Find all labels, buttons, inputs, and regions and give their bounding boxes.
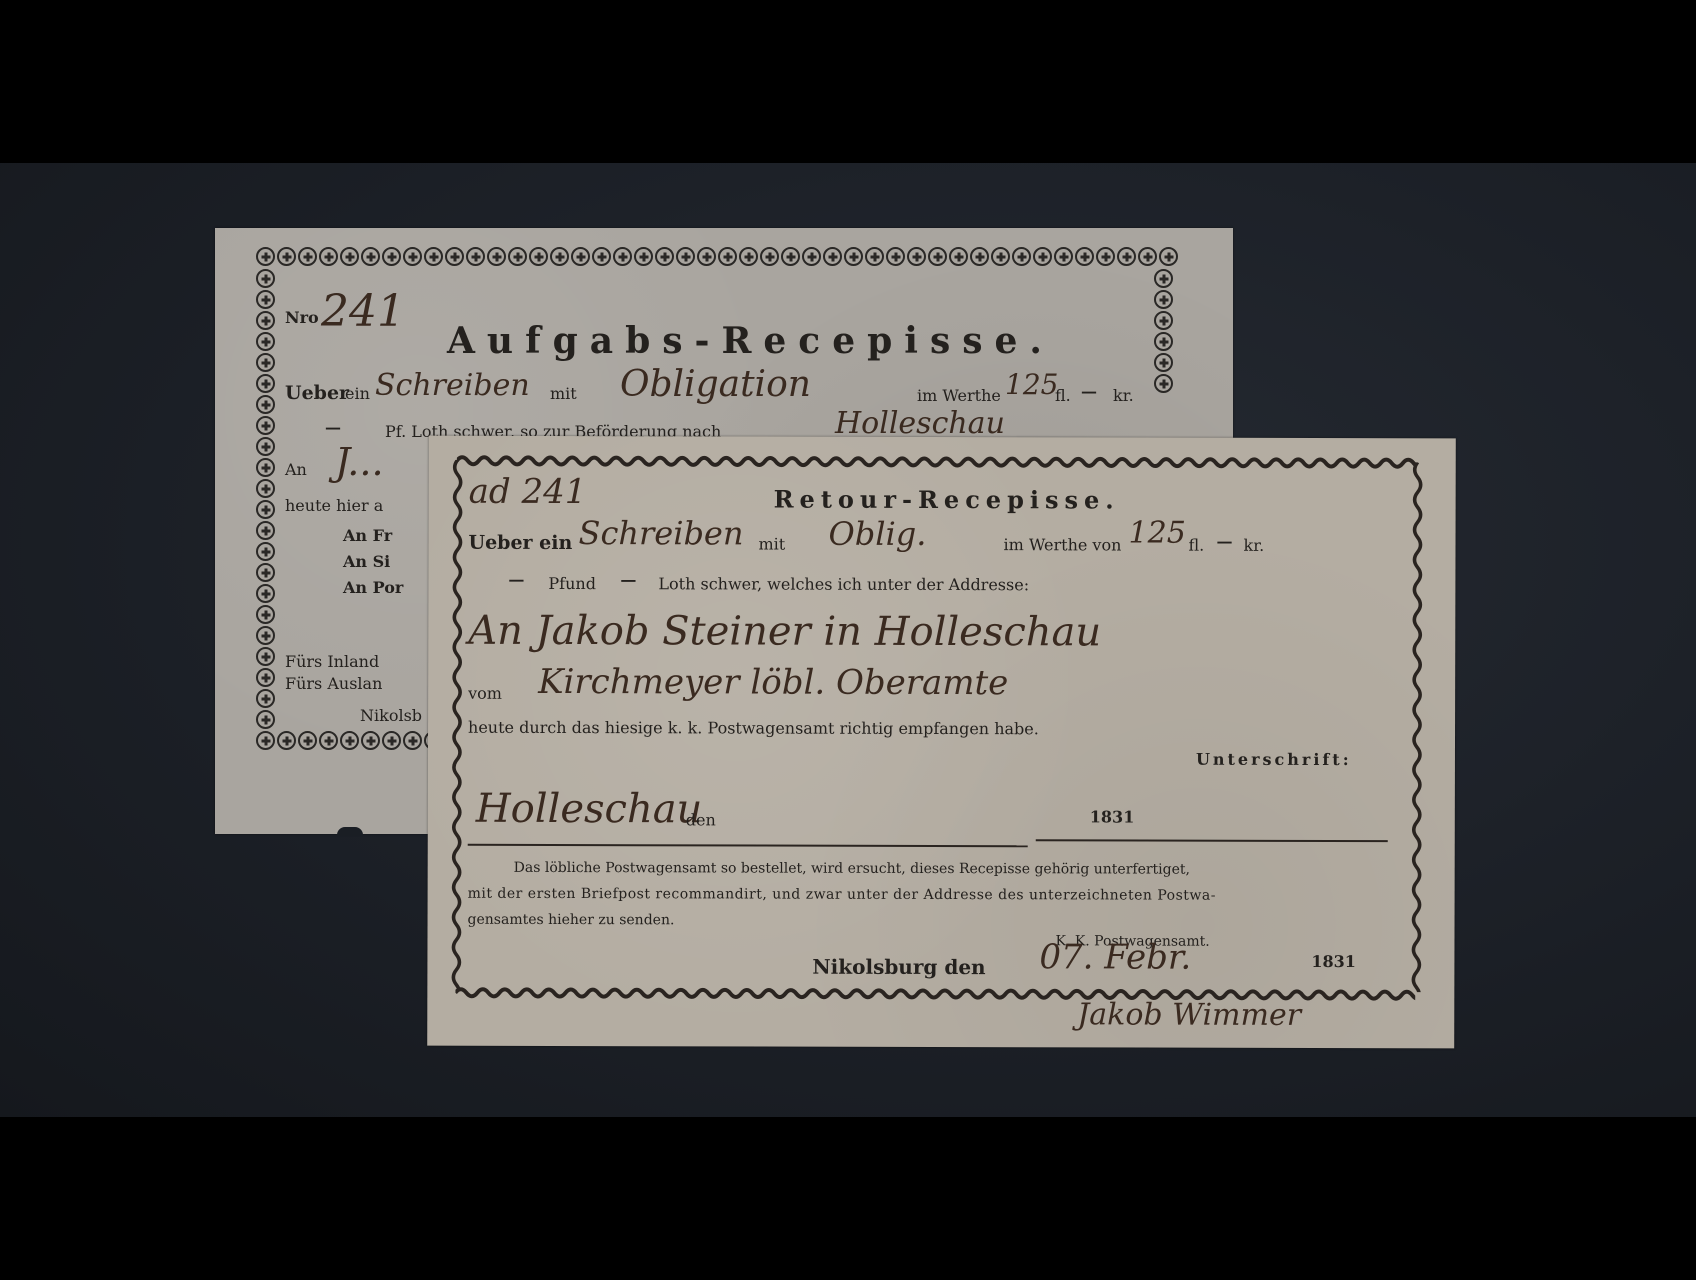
rosette-ornament — [949, 247, 968, 266]
rosette-ornament — [1154, 269, 1173, 288]
number-handwritten: 241 — [321, 286, 405, 337]
rosette-border-right — [1153, 268, 1174, 394]
rosette-ornament — [256, 311, 275, 330]
date-rule — [1036, 839, 1388, 842]
issued-year: 1831 — [1311, 952, 1356, 971]
line1-prefix: Ueber — [285, 382, 349, 404]
value-handwritten: 125 — [1129, 515, 1186, 550]
paper-tear — [337, 827, 363, 835]
content-handwritten: Obligation — [620, 364, 811, 405]
rosette-ornament — [319, 247, 338, 266]
rosette-ornament — [361, 731, 380, 750]
fee-line: An Por — [343, 578, 403, 597]
rosette-ornament — [571, 247, 590, 266]
rosette-ornament — [1054, 247, 1073, 266]
rosette-border-left — [255, 268, 276, 730]
from-label: vom — [468, 684, 502, 703]
content-handwritten: Oblig. — [828, 515, 926, 553]
destination-handwritten: Holleschau — [835, 406, 1005, 441]
year-label: 1831 — [1090, 807, 1135, 826]
notice-line: mit der ersten Briefpost recommandirt, u… — [468, 886, 1216, 904]
line1-ein: ein — [345, 384, 370, 403]
rosette-ornament — [991, 247, 1010, 266]
rosette-ornament — [613, 247, 632, 266]
rosette-ornament — [508, 247, 527, 266]
rosette-ornament — [256, 563, 275, 582]
rosette-ornament — [466, 247, 485, 266]
rosette-ornament — [1012, 247, 1031, 266]
rosette-ornament — [256, 542, 275, 561]
rosette-ornament — [256, 416, 275, 435]
rosette-ornament — [256, 479, 275, 498]
rosette-ornament — [697, 247, 716, 266]
signature-label: Unterschrift: — [1196, 750, 1352, 769]
rosette-ornament — [277, 247, 296, 266]
rosette-ornament — [382, 731, 401, 750]
footer-line: Fürs Inland — [285, 652, 379, 671]
rosette-ornament — [760, 247, 779, 266]
item-handwritten: Schreiben — [578, 514, 743, 552]
line1-mit: mit — [758, 535, 785, 554]
rosette-ornament — [256, 647, 275, 666]
wave-border-top — [457, 454, 1417, 471]
rosette-ornament — [256, 668, 275, 687]
rosette-ornament — [1154, 353, 1173, 372]
recipient-handwritten: J... — [335, 440, 384, 484]
dash: — — [1217, 532, 1233, 551]
official-signature-handwritten: Jakob Wimmer — [1077, 997, 1301, 1033]
rosette-ornament — [634, 247, 653, 266]
currency-label: fl. — [1188, 536, 1204, 555]
place-partial: Nikolsb — [360, 706, 422, 725]
fee-line: An Fr — [343, 526, 392, 545]
line1-mit: mit — [550, 384, 577, 403]
rosette-ornament — [592, 247, 611, 266]
rosette-ornament — [445, 247, 464, 266]
rosette-ornament — [256, 731, 275, 750]
rosette-ornament — [256, 500, 275, 519]
rosette-ornament — [277, 731, 296, 750]
rosette-ornament — [256, 584, 275, 603]
rosette-ornament — [676, 247, 695, 266]
line1-prefix: Ueber ein — [468, 532, 572, 554]
dash: — — [1081, 382, 1097, 401]
kreuzer-label: kr. — [1113, 386, 1134, 405]
rosette-ornament — [298, 247, 317, 266]
rosette-ornament — [403, 247, 422, 266]
wave-border-left — [449, 460, 464, 990]
received-line: heute durch das hiesige k. k. Postwagens… — [468, 718, 1039, 738]
rosette-ornament — [256, 437, 275, 456]
rosette-ornament — [256, 290, 275, 309]
number-label: Nro — [285, 308, 319, 327]
den-label: den — [686, 810, 716, 829]
rosette-ornament — [256, 332, 275, 351]
rosette-ornament — [256, 247, 275, 266]
item-handwritten: Schreiben — [375, 368, 530, 403]
issued-date-handwritten: 07. Febr. — [1039, 937, 1191, 977]
rosette-ornament — [844, 247, 863, 266]
rosette-ornament — [823, 247, 842, 266]
rosette-ornament — [256, 353, 275, 372]
rosette-ornament — [256, 269, 275, 288]
rosette-ornament — [1154, 332, 1173, 351]
rosette-ornament — [1096, 247, 1115, 266]
issued-place: Nikolsburg den — [812, 955, 985, 979]
dash: — — [325, 418, 341, 437]
signature-rule — [468, 844, 1028, 847]
rosette-ornament — [907, 247, 926, 266]
rosette-ornament — [1154, 290, 1173, 309]
pfund-label: Pfund — [548, 574, 596, 593]
footer-line: Fürs Auslan — [285, 674, 382, 693]
rosette-ornament — [487, 247, 506, 266]
rosette-ornament — [928, 247, 947, 266]
reference-handwritten: ad 241 — [469, 472, 587, 512]
posted-line: heute hier a — [285, 496, 383, 515]
weight-line: Loth schwer, welches ich unter der Addre… — [658, 574, 1029, 594]
recipient-label: An — [285, 460, 307, 479]
kreuzer-label: kr. — [1243, 536, 1264, 555]
value-label: im Werthe von — [1003, 535, 1121, 554]
doc-title: Retour-Recepisse. — [774, 485, 1120, 515]
rosette-ornament — [529, 247, 548, 266]
doc-title: Aufgabs-Recepisse. — [447, 320, 1054, 362]
rosette-ornament — [739, 247, 758, 266]
retour-recepisse-document: ad 241 Retour-Recepisse. Ueber ein Schre… — [427, 436, 1456, 1049]
currency-label: fl. — [1055, 386, 1071, 405]
dash: — — [508, 570, 524, 589]
rosette-ornament — [256, 395, 275, 414]
rosette-ornament — [781, 247, 800, 266]
rosette-ornament — [340, 247, 359, 266]
rosette-border-top — [255, 246, 1179, 267]
place-handwritten: Holleschau — [476, 786, 703, 833]
rosette-ornament — [802, 247, 821, 266]
rosette-ornament — [1159, 247, 1178, 266]
value-handwritten: 125 — [1005, 368, 1058, 401]
rosette-ornament — [256, 521, 275, 540]
from-handwritten: Kirchmeyer löbl. Oberamte — [538, 662, 1008, 703]
rosette-ornament — [424, 247, 443, 266]
rosette-ornament — [298, 731, 317, 750]
notice-line: gensamtes hieher zu senden. — [468, 912, 675, 929]
rosette-ornament — [1117, 247, 1136, 266]
rosette-ornament — [319, 731, 338, 750]
rosette-ornament — [1033, 247, 1052, 266]
rosette-ornament — [256, 710, 275, 729]
rosette-ornament — [718, 247, 737, 266]
rosette-ornament — [1075, 247, 1094, 266]
rosette-ornament — [403, 731, 422, 750]
notice-line: Das löbliche Postwagensamt so bestellet,… — [514, 860, 1190, 878]
rosette-ornament — [1154, 311, 1173, 330]
dash: — — [620, 570, 636, 589]
rosette-ornament — [550, 247, 569, 266]
rosette-ornament — [256, 626, 275, 645]
address-handwritten: An Jakob Steiner in Holleschau — [468, 608, 1101, 656]
fee-line: An Si — [343, 552, 390, 571]
rosette-ornament — [886, 247, 905, 266]
rosette-ornament — [256, 605, 275, 624]
rosette-ornament — [361, 247, 380, 266]
wave-border-right — [1409, 462, 1424, 992]
rosette-ornament — [256, 689, 275, 708]
rosette-ornament — [256, 458, 275, 477]
rosette-ornament — [865, 247, 884, 266]
rosette-ornament — [655, 247, 674, 266]
rosette-ornament — [1138, 247, 1157, 266]
rosette-ornament — [382, 247, 401, 266]
rosette-ornament — [340, 731, 359, 750]
rosette-ornament — [970, 247, 989, 266]
rosette-ornament — [1154, 374, 1173, 393]
rosette-ornament — [256, 374, 275, 393]
value-label: im Werthe — [917, 386, 1001, 405]
